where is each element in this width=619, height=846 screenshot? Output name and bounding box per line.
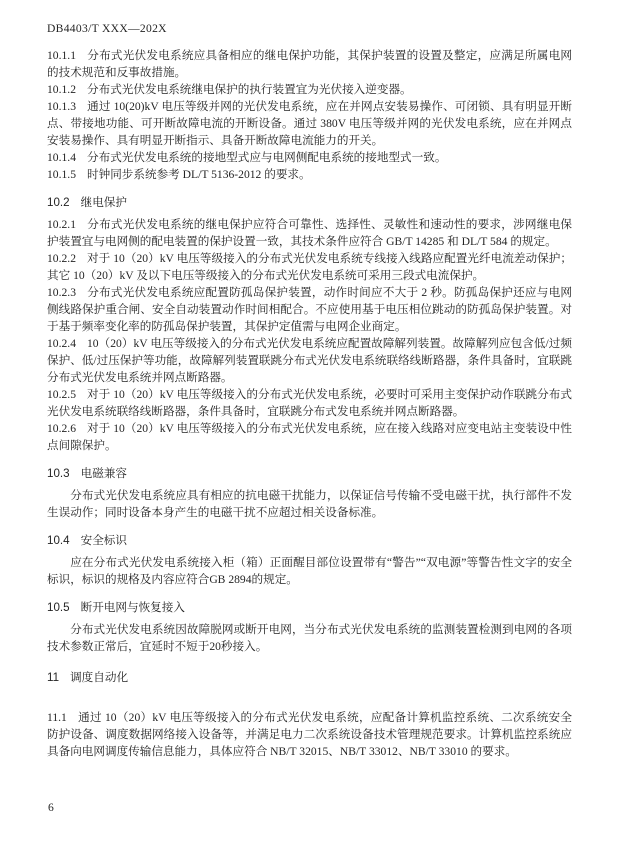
chapter-title: 调度自动化 [70, 671, 128, 684]
clause-10-2-4: 10.2.410（20）kV 电压等级接入的分布式光伏发电系统应配置故障解列装置… [47, 335, 572, 386]
body-paragraph-10-4: 应在分布式光伏发电系统接入柜（箱）正面醒目部位设置带有“警告”“双电源”等警告性… [47, 554, 572, 588]
clause-text: 分布式光伏发电系统继电保护的执行装置宜为光伏接入逆变器。 [87, 83, 412, 96]
clause-10-2-3: 10.2.3分布式光伏发电系统应配置防孤岛保护装置，动作时间应不大于 2 秒。防… [47, 284, 572, 335]
clause-text: 通过 10（20）kV 电压等级接入的分布式光伏发电系统，应配备计算机监控系统、… [47, 711, 572, 758]
clause-number: 10.1.1 [47, 49, 76, 62]
clause-number: 10.1.5 [47, 168, 76, 181]
section-heading-10-4: 10.4安全标识 [47, 532, 572, 549]
clause-text: 10（20）kV 电压等级接入的分布式光伏发电系统应配置故障解列装置。故障解列应… [47, 337, 572, 384]
clause-text: 分布式光伏发电系统应配置防孤岛保护装置，动作时间应不大于 2 秒。防孤岛保护还应… [47, 286, 572, 333]
section-heading-10-5: 10.5断开电网与恢复接入 [47, 599, 572, 616]
page-number: 6 [48, 799, 54, 816]
clause-10-1-2: 10.1.2分布式光伏发电系统继电保护的执行装置宜为光伏接入逆变器。 [47, 81, 572, 98]
clause-10-1-3: 10.1.3通过 10(20)kV 电压等级并网的光伏发电系统，应在并网点安装易… [47, 98, 572, 149]
clause-10-2-2: 10.2.2对于 10（20）kV 电压等级接入的分布式光伏发电系统专线接入线路… [47, 250, 572, 284]
clause-10-2-6: 10.2.6对于 10（20）kV 电压等级接入的分布式光伏发电系统，应在接入线… [47, 420, 572, 454]
clause-text: 分布式光伏发电系统应具备相应的继电保护功能，其保护装置的设置及整定，应满足所属电… [47, 49, 572, 79]
clause-number: 10.2.3 [47, 286, 76, 299]
clause-number: 10.2.4 [47, 337, 76, 350]
clause-text: 通过 10(20)kV 电压等级并网的光伏发电系统，应在并网点安装易操作、可闭锁… [47, 100, 572, 147]
clause-text: 对于 10（20）kV 电压等级接入的分布式光伏发电系统，必要时可采用主变保护动… [47, 388, 572, 418]
chapter-heading-11: 11调度自动化 [47, 669, 572, 686]
section-heading-10-3: 10.3电磁兼容 [47, 465, 572, 482]
clause-text: 分布式光伏发电系统的接地型式应与电网侧配电系统的接地型式一致。 [87, 151, 446, 164]
section-title: 安全标识 [81, 534, 127, 547]
clause-text: 时钟同步系统参考 DL/T 5136-2012 的要求。 [87, 168, 311, 181]
document-number: DB4403/T XXX—202X [47, 20, 572, 37]
clause-number: 10.2.1 [47, 218, 76, 231]
section-number: 10.3 [47, 467, 70, 480]
section-heading-10-2: 10.2继电保护 [47, 194, 572, 211]
clause-11-1: 11.1通过 10（20）kV 电压等级接入的分布式光伏发电系统，应配备计算机监… [47, 709, 572, 760]
clause-number: 10.2.6 [47, 422, 76, 435]
clause-10-1-4: 10.1.4分布式光伏发电系统的接地型式应与电网侧配电系统的接地型式一致。 [47, 149, 572, 166]
section-number: 10.2 [47, 196, 70, 209]
clause-number: 10.2.5 [47, 388, 76, 401]
clause-10-1-5: 10.1.5时钟同步系统参考 DL/T 5136-2012 的要求。 [47, 166, 572, 183]
section-number: 10.4 [47, 534, 70, 547]
clause-10-2-5: 10.2.5对于 10（20）kV 电压等级接入的分布式光伏发电系统，必要时可采… [47, 386, 572, 420]
clause-number: 11.1 [47, 711, 67, 724]
clause-number: 10.1.2 [47, 83, 76, 96]
section-number: 10.5 [47, 601, 70, 614]
clause-10-1-1: 10.1.1分布式光伏发电系统应具备相应的继电保护功能，其保护装置的设置及整定，… [47, 47, 572, 81]
clause-number: 10.2.2 [47, 252, 76, 265]
chapter-number: 11 [47, 671, 59, 684]
section-title: 电磁兼容 [81, 467, 127, 480]
clause-text: 对于 10（20）kV 电压等级接入的分布式光伏发电系统专线接入线路应配置光纤电… [47, 252, 572, 282]
section-title: 继电保护 [81, 196, 127, 209]
clause-number: 10.1.3 [47, 100, 76, 113]
document-page: DB4403/T XXX—202X 10.1.1分布式光伏发电系统应具备相应的继… [0, 0, 619, 846]
clause-text: 对于 10（20）kV 电压等级接入的分布式光伏发电系统，应在接入线路对应变电站… [47, 422, 572, 452]
body-paragraph-10-3: 分布式光伏发电系统应具有相应的抗电磁干扰能力，以保证信号传输不受电磁干扰，执行部… [47, 487, 572, 521]
clause-10-2-1: 10.2.1分布式光伏发电系统的继电保护应符合可靠性、选择性、灵敏性和速动性的要… [47, 216, 572, 250]
body-paragraph-10-5: 分布式光伏发电系统因故障脱网或断开电网，当分布式光伏发电系统的监测装置检测到电网… [47, 621, 572, 655]
clause-number: 10.1.4 [47, 151, 76, 164]
clause-text: 分布式光伏发电系统的继电保护应符合可靠性、选择性、灵敏性和速动性的要求，涉网继电… [47, 218, 572, 248]
section-title: 断开电网与恢复接入 [81, 601, 185, 614]
